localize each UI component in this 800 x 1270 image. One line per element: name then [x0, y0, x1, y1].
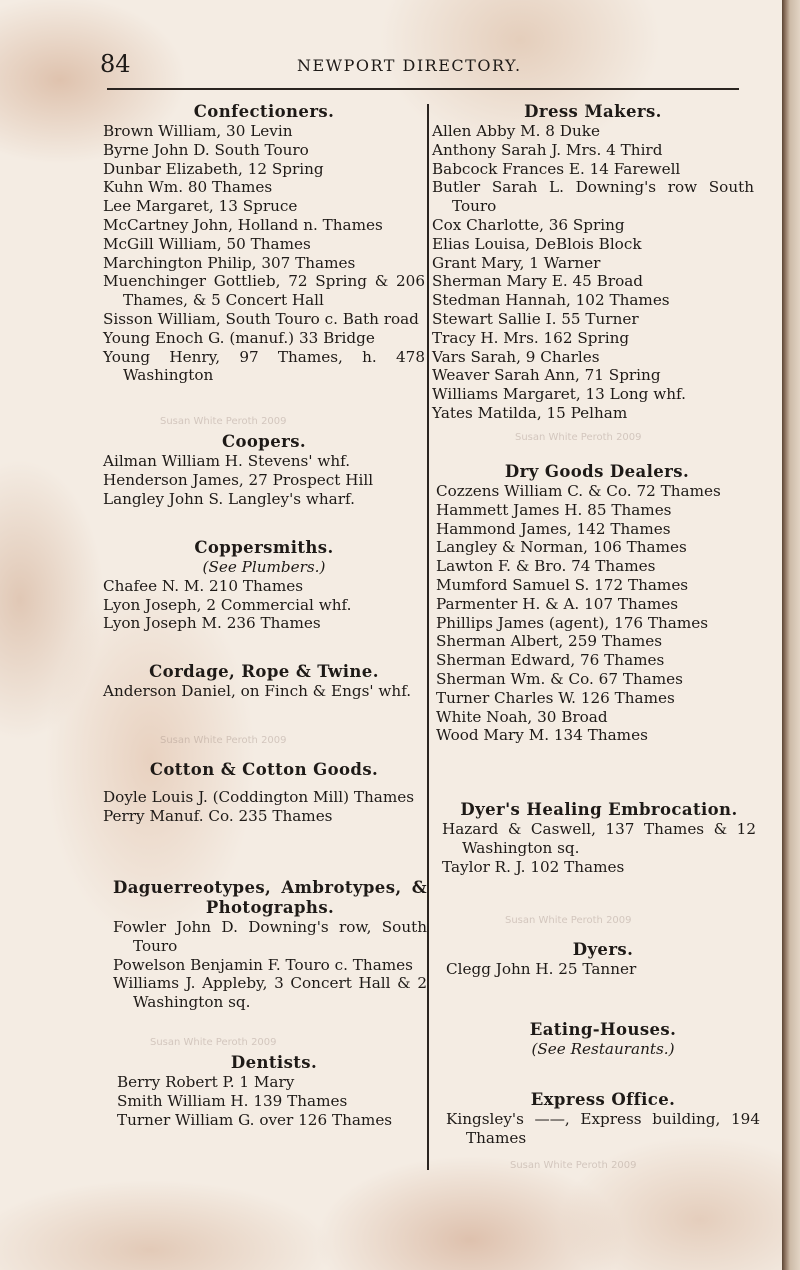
list-item: Cox Charlotte, 36 Spring [432, 216, 754, 235]
list-item: Kingsley's ——, Express building, 194 Tha… [446, 1110, 760, 1148]
section-express-office: Express Office. Kingsley's ——, Express b… [446, 1090, 760, 1148]
list-item: Babcock Frances E. 14 Farewell [432, 160, 754, 179]
section-confectioners: Confectioners. Brown William, 30 Levin B… [103, 102, 425, 385]
book-spine-edge [782, 0, 800, 1270]
section-dry-goods: Dry Goods Dealers. Cozzens William C. & … [436, 462, 758, 745]
section-title: Dress Makers. [432, 102, 754, 122]
list-item: Turner Charles W. 126 Thames [436, 689, 758, 708]
list-item: Williams Margaret, 13 Long whf. [432, 385, 754, 404]
page-header: 84 NEWPORT DIRECTORY. [100, 50, 740, 80]
watermark: Susan White Peroth 2009 [160, 416, 287, 427]
list-item: Taylor R. J. 102 Thames [442, 858, 756, 877]
page-number: 84 [100, 50, 131, 78]
section-title: Coopers. [103, 432, 425, 452]
list-item: Brown William, 30 Levin [103, 122, 425, 141]
section-dyers: Dyers. Clegg John H. 25 Tanner [446, 940, 760, 979]
list-item: Clegg John H. 25 Tanner [446, 960, 760, 979]
list-item: Lyon Joseph M. 236 Thames [103, 614, 425, 633]
cross-reference: (See Plumbers.) [103, 558, 425, 577]
list-item: McGill William, 50 Thames [103, 235, 425, 254]
list-item: Hazard & Caswell, 137 Thames & 12 Washin… [442, 820, 756, 858]
list-item: Sherman Mary E. 45 Broad [432, 272, 754, 291]
list-item: Chafee N. M. 210 Thames [103, 577, 425, 596]
section-title: Coppersmiths. [103, 538, 425, 558]
section-eating-houses: Eating-Houses. (See Restaurants.) [446, 1020, 760, 1059]
header-rule [107, 88, 739, 90]
list-item: Muenchinger Gottlieb, 72 Spring & 206 Th… [103, 272, 425, 310]
list-item: McCartney John, Holland n. Thames [103, 216, 425, 235]
list-item: Parmenter H. & A. 107 Thames [436, 595, 758, 614]
list-item: Ailman William H. Stevens' whf. [103, 452, 425, 471]
list-item: Hammond James, 142 Thames [436, 520, 758, 539]
list-item: Sherman Wm. & Co. 67 Thames [436, 670, 758, 689]
list-item: Young Henry, 97 Thames, h. 478 Washingto… [103, 348, 425, 386]
list-item: Doyle Louis J. (Coddington Mill) Thames [103, 788, 425, 807]
list-item: Sherman Albert, 259 Thames [436, 632, 758, 651]
list-item: Phillips James (agent), 176 Thames [436, 614, 758, 633]
list-item: Weaver Sarah Ann, 71 Spring [432, 366, 754, 385]
section-title: Dry Goods Dealers. [436, 462, 758, 482]
list-item: Grant Mary, 1 Warner [432, 254, 754, 273]
list-item: Henderson James, 27 Prospect Hill [103, 471, 425, 490]
list-item: Byrne John D. South Touro [103, 141, 425, 160]
section-dentists: Dentists. Berry Robert P. 1 Mary Smith W… [117, 1053, 431, 1129]
section-title: Dyer's Healing Embrocation. [442, 800, 756, 820]
section-dyers-healing-embrocation: Dyer's Healing Embrocation. Hazard & Cas… [442, 800, 756, 876]
section-title: Dentists. [117, 1053, 431, 1073]
list-item: Williams J. Appleby, 3 Concert Hall & 2 … [113, 974, 427, 1012]
watermark: Susan White Peroth 2009 [510, 1160, 637, 1171]
section-title: Cordage, Rope & Twine. [103, 662, 425, 682]
list-item: Perry Manuf. Co. 235 Thames [103, 807, 425, 826]
watermark: Susan White Peroth 2009 [505, 915, 632, 926]
section-coopers: Coopers. Ailman William H. Stevens' whf.… [103, 432, 425, 508]
column-divider [427, 104, 429, 1170]
watermark: Susan White Peroth 2009 [515, 432, 642, 443]
list-item: Langley & Norman, 106 Thames [436, 538, 758, 557]
list-item: Anthony Sarah J. Mrs. 4 Third [432, 141, 754, 160]
section-title: Confectioners. [103, 102, 425, 122]
list-item: Yates Matilda, 15 Pelham [432, 404, 754, 423]
cross-reference: (See Restaurants.) [446, 1040, 760, 1059]
section-coppersmiths: Coppersmiths. (See Plumbers.) Chafee N. … [103, 538, 425, 633]
list-item: Stewart Sallie I. 55 Turner [432, 310, 754, 329]
list-item: Vars Sarah, 9 Charles [432, 348, 754, 367]
running-title: NEWPORT DIRECTORY. [297, 56, 522, 75]
list-item: Allen Abby M. 8 Duke [432, 122, 754, 141]
list-item: Tracy H. Mrs. 162 Spring [432, 329, 754, 348]
list-item: Langley John S. Langley's wharf. [103, 490, 425, 509]
list-item: Elias Louisa, DeBlois Block [432, 235, 754, 254]
list-item: Cozzens William C. & Co. 72 Thames [436, 482, 758, 501]
section-title: Eating-Houses. [446, 1020, 760, 1040]
list-item: Wood Mary M. 134 Thames [436, 726, 758, 745]
list-item: Sherman Edward, 76 Thames [436, 651, 758, 670]
section-title: Express Office. [446, 1090, 760, 1110]
list-item: Mumford Samuel S. 172 Thames [436, 576, 758, 595]
list-item: Stedman Hannah, 102 Thames [432, 291, 754, 310]
list-item: Marchington Philip, 307 Thames [103, 254, 425, 273]
list-item: Young Enoch G. (manuf.) 33 Bridge [103, 329, 425, 348]
watermark: Susan White Peroth 2009 [150, 1037, 277, 1048]
section-cordage: Cordage, Rope & Twine. Anderson Daniel, … [103, 662, 425, 701]
list-item: Sisson William, South Touro c. Bath road [103, 310, 425, 329]
list-item: Turner William G. over 126 Thames [117, 1111, 431, 1130]
list-item: Berry Robert P. 1 Mary [117, 1073, 431, 1092]
list-item: Smith William H. 139 Thames [117, 1092, 431, 1111]
list-item: Anderson Daniel, on Finch & Engs' whf. [103, 682, 425, 701]
list-item: White Noah, 30 Broad [436, 708, 758, 727]
list-item: Powelson Benjamin F. Touro c. Thames [113, 956, 427, 975]
list-item: Fowler John D. Downing's row, South Tour… [113, 918, 427, 956]
list-item: Lawton F. & Bro. 74 Thames [436, 557, 758, 576]
directory-page: 84 NEWPORT DIRECTORY. Susan White Peroth… [0, 0, 782, 1270]
section-cotton: Cotton & Cotton Goods. Doyle Louis J. (C… [103, 760, 425, 826]
section-dress-makers: Dress Makers. Allen Abby M. 8 Duke Antho… [432, 102, 754, 423]
section-daguerreotypes: Daguerreotypes, Ambrotypes, & Photograph… [113, 878, 427, 1012]
list-item: Dunbar Elizabeth, 12 Spring [103, 160, 425, 179]
watermark: Susan White Peroth 2009 [160, 735, 287, 746]
section-title: Dyers. [446, 940, 760, 960]
list-item: Lyon Joseph, 2 Commercial whf. [103, 596, 425, 615]
list-item: Hammett James H. 85 Thames [436, 501, 758, 520]
section-title: Cotton & Cotton Goods. [103, 760, 425, 780]
list-item: Kuhn Wm. 80 Thames [103, 178, 425, 197]
list-item: Lee Margaret, 13 Spruce [103, 197, 425, 216]
list-item: Butler Sarah L. Downing's row South Tour… [432, 178, 754, 216]
section-title: Daguerreotypes, Ambrotypes, & Photograph… [113, 878, 427, 918]
